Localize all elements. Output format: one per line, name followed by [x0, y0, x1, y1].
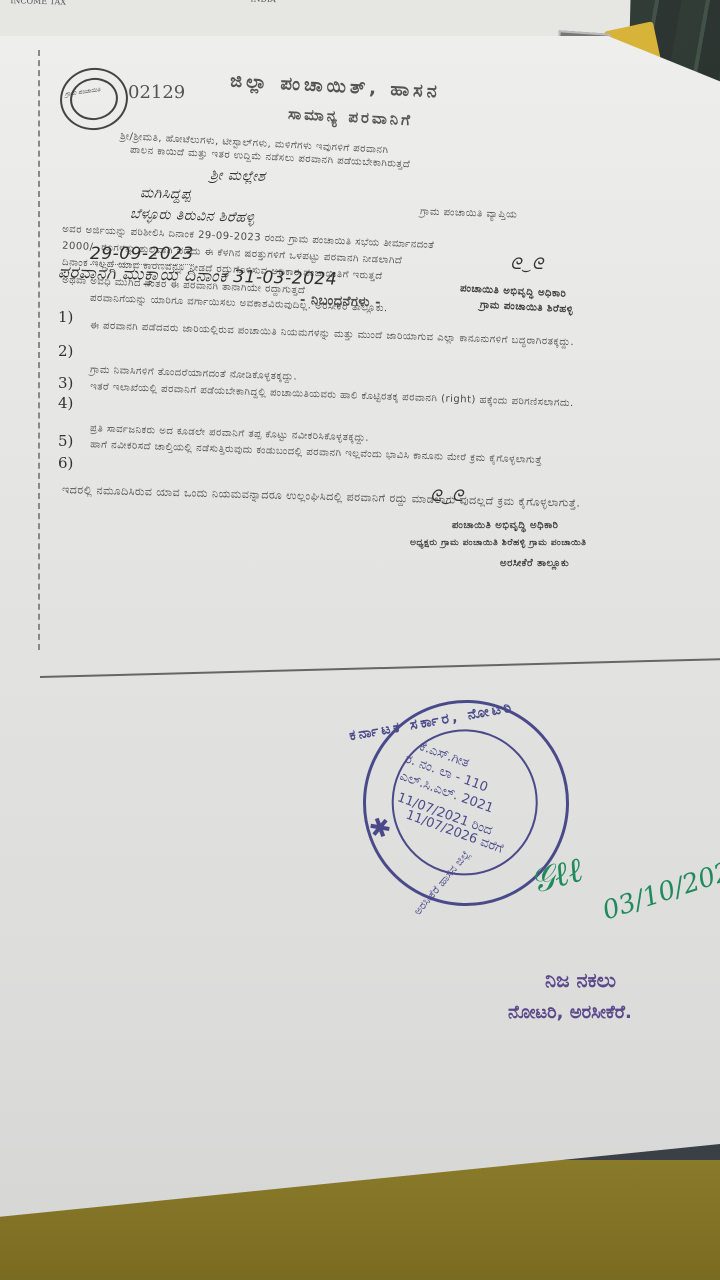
- officer-signature-bottom: ᘓ‿ᘓ: [430, 486, 463, 506]
- condition-number: 5): [58, 432, 73, 450]
- issue-date: 29-09-2023: [90, 244, 194, 265]
- condition-number: 6): [58, 454, 73, 472]
- signature-date: 03/10/2023: [599, 852, 720, 927]
- true-copy-label: ನಿಜ ನಕಲು: [545, 968, 616, 992]
- scrap-label: INCOME TAX: [10, 0, 66, 7]
- star-icon: ✱: [365, 811, 396, 847]
- condition-number: 3): [58, 374, 73, 392]
- condition-number: 4): [58, 394, 73, 412]
- issue-date-value: 29-09-2023: [90, 244, 194, 265]
- form-field-2: ಮಗಿಸಿದ್ದಪ್ಪ: [140, 185, 192, 203]
- photocopy-edge: [40, 658, 720, 678]
- scrap-label: INDIA: [250, 0, 276, 4]
- serial-number: 02129: [128, 82, 185, 103]
- signatory-bottom-title: ಪಂಚಾಯಿತಿ ಅಭಿವೃದ್ಧಿ ಅಧಿಕಾರಿ: [452, 520, 558, 531]
- signatory-bottom-office: ಅಧ್ಯಕ್ಷರು ಗ್ರಾಮ ಪಂಚಾಯಿತಿ ಶಿರೆಹಳ್ಳಿ ಗ್ರಾಮ…: [410, 538, 586, 548]
- signatory-bottom-taluk: ಅರಸೀಕೆರೆ ತಾಲ್ಲೂಕು: [500, 558, 569, 569]
- condition-number: 2): [58, 342, 73, 360]
- form-field-1: ಶ್ರೀ ಮಲ್ಲೇಶ: [210, 167, 266, 185]
- condition-number: 1): [58, 308, 73, 326]
- notary-place: ನೋಟರಿ, ಅರಸೀಕೆರೆ.: [508, 1002, 632, 1023]
- officer-signature-top: ᘓ‿ᘓ: [510, 254, 543, 274]
- document-page: ಗ್ರಾಮ ಪಂಚಾಯಿತಿ 02129 ಜಿಲ್ಲಾ ಪಂಚಾಯಿತ್, ಹಾ…: [0, 36, 720, 1266]
